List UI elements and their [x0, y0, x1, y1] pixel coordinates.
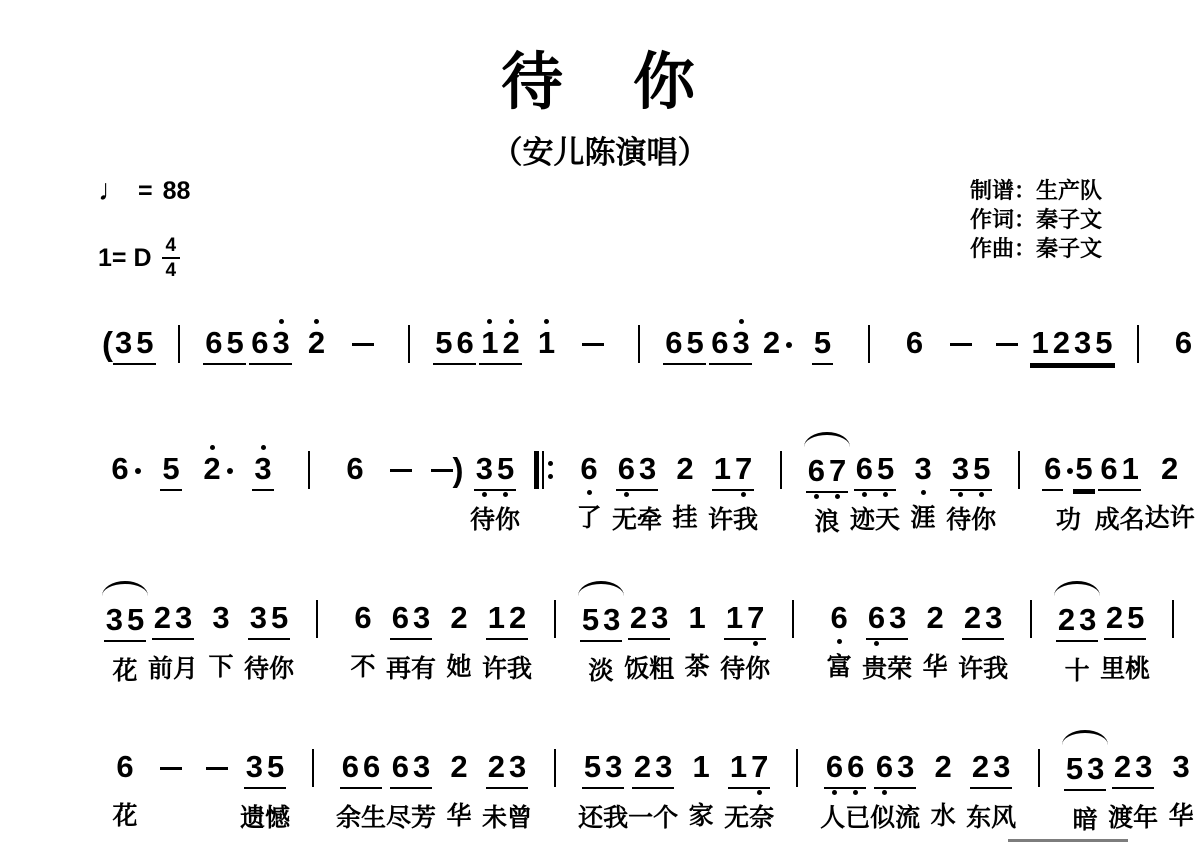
low-octave-dot: [903, 790, 908, 795]
note-column: 2: [1104, 593, 1125, 647]
low-octave-dot: [958, 492, 963, 497]
note-column: 2: [201, 444, 222, 496]
note-column: 2: [152, 593, 173, 647]
high-octave-dot: [661, 743, 666, 748]
low-octave-dot: [233, 366, 238, 371]
note: 2: [628, 593, 649, 647]
note-group: 1: [536, 318, 557, 370]
low-octave-dot: [979, 492, 984, 497]
low-octave-dot: [732, 641, 737, 646]
note-unit: 6: [1161, 306, 1200, 370]
note-digit: 2: [1159, 451, 1180, 489]
note-group: 3: [252, 444, 273, 498]
note-group: 63: [390, 593, 433, 647]
high-octave-dot: [482, 445, 487, 450]
note: 6: [904, 318, 925, 370]
note-column: 6: [845, 742, 866, 796]
lyric-syllable: 达许: [1145, 501, 1195, 535]
note-column: 5: [265, 742, 286, 796]
note-unit: [1008, 581, 1054, 677]
note-digit: 6: [340, 749, 361, 789]
note: 2: [501, 318, 522, 372]
key-label: 1= D: [98, 244, 152, 273]
dash-note: [431, 469, 453, 472]
note-digit: 1: [712, 451, 733, 491]
high-octave-dot: [921, 445, 926, 450]
high-octave-dot: [832, 743, 837, 748]
note-unit: 23一个: [628, 730, 678, 835]
note: 2: [933, 742, 954, 794]
note: 5: [1064, 744, 1085, 798]
note-group: [206, 742, 228, 770]
low-octave-dot: [169, 492, 174, 497]
note-group: 1: [690, 742, 711, 794]
note-digit: 3: [731, 325, 752, 365]
lyric-syllable: 待你: [244, 652, 294, 686]
high-octave-dot: [1181, 319, 1186, 324]
tempo-marking: ♩ = 88: [98, 176, 190, 206]
note: 2: [201, 444, 232, 496]
note-group: 2: [448, 742, 469, 794]
note-unit: 35花: [102, 581, 148, 688]
high-octave-dot: [1059, 319, 1064, 324]
high-octave-dot: [419, 743, 424, 748]
low-octave-dot: [999, 790, 1004, 795]
note-unit: 2达许: [1145, 432, 1195, 535]
high-octave-dot: [509, 319, 514, 324]
low-octave-dot: [487, 366, 492, 371]
high-octave-dot: [369, 743, 374, 748]
note: 5: [685, 318, 706, 372]
note-digit: 1: [724, 600, 745, 640]
low-octave-dot: [837, 639, 842, 644]
note-unit: 3涯: [900, 432, 946, 535]
note: 5: [160, 444, 181, 498]
low-octave-dot: [611, 790, 616, 795]
note-group: 5: [812, 318, 833, 372]
note: 6: [824, 742, 845, 796]
note-group: 65: [854, 444, 897, 498]
note: 7: [745, 593, 766, 647]
lyric-syllable: 一个: [628, 801, 678, 835]
low-octave-dot: [587, 490, 592, 495]
note-group: 2: [306, 318, 327, 370]
high-octave-dot: [361, 594, 366, 599]
time-denominator: 4: [166, 259, 177, 280]
note-column: 3: [173, 593, 194, 647]
note-column: 6: [709, 318, 730, 372]
note: 3: [895, 742, 916, 796]
low-octave-dot: [1072, 792, 1077, 797]
lyric-syllable: 下: [209, 650, 234, 684]
note-column: 6: [352, 593, 373, 645]
dash-note: [950, 343, 972, 346]
note-group: 65: [203, 318, 246, 372]
barline: [178, 325, 180, 363]
note-unit: 1: [524, 306, 570, 370]
barline: [792, 600, 794, 638]
note-group: 6: [904, 318, 925, 370]
note-group: 23: [486, 742, 529, 796]
note-column: 3: [210, 593, 231, 645]
note-digit: 2: [933, 749, 954, 787]
note: 3: [113, 318, 134, 372]
note-unit: 23渡年: [1108, 730, 1158, 835]
volta-bracket-partial: [1008, 839, 1128, 842]
note-column: 3: [887, 593, 908, 647]
low-octave-dot: [515, 641, 520, 646]
note-unit: 2华: [436, 730, 482, 833]
high-octave-dot: [683, 445, 688, 450]
high-octave-dot: [1101, 319, 1106, 324]
low-octave-dot: [279, 366, 284, 371]
note-column: 5: [875, 444, 896, 498]
low-octave-dot: [1101, 366, 1106, 371]
note-unit: 2: [754, 306, 800, 370]
note-column: 6: [114, 742, 135, 794]
note-digit: 1: [486, 600, 507, 640]
note: 3: [603, 742, 624, 796]
low-octave-dot: [210, 490, 215, 495]
note-digit: 3: [1077, 602, 1098, 642]
note-column: 6: [340, 742, 361, 796]
note: 3: [248, 593, 269, 647]
low-octave-dot: [862, 492, 867, 497]
note-unit: [532, 730, 578, 826]
high-octave-dot: [277, 594, 282, 599]
high-octave-dot: [494, 743, 499, 748]
note-column: 1: [1030, 318, 1051, 372]
high-octave-dot: [933, 594, 938, 599]
lyric-syllable: 渡年: [1108, 801, 1158, 835]
low-octave-dot: [720, 492, 725, 497]
barline: [780, 451, 782, 489]
note-digit: 2: [306, 325, 327, 363]
note-group: [638, 318, 640, 363]
note: 5: [812, 318, 833, 372]
lyric-syllable: 无牵: [612, 503, 662, 537]
lyric-syllable: 东风: [966, 801, 1016, 835]
note-unit: 2挂: [662, 432, 708, 535]
lyric-syllable: 待你: [946, 503, 996, 537]
note-group: 6: [828, 593, 849, 645]
high-octave-dot: [279, 319, 284, 324]
note: 2: [924, 593, 945, 645]
note-column: 6: [866, 593, 887, 647]
low-octave-dot: [753, 641, 758, 646]
note-column: 6: [361, 742, 382, 796]
low-octave-dot: [494, 641, 499, 646]
note: 3: [637, 444, 658, 498]
note: 1: [479, 318, 500, 372]
note: 3: [244, 742, 265, 796]
note-unit: [996, 432, 1042, 528]
note-column: 2: [761, 318, 782, 370]
note: 2: [1159, 444, 1180, 496]
note-digit: 1: [728, 749, 749, 789]
note-group: (35: [102, 318, 156, 372]
note-column: 3: [411, 593, 432, 647]
note: 6: [709, 318, 730, 372]
note-column: 5: [1125, 593, 1146, 647]
lyric-syllable: 成名: [1095, 503, 1145, 537]
note-digit: 6: [203, 325, 224, 365]
low-octave-dot: [874, 641, 879, 646]
note-unit: [156, 306, 202, 363]
repeat-dots: [548, 451, 553, 489]
note-column: 2: [448, 742, 469, 794]
note-column: 6: [390, 593, 411, 647]
note: 2: [507, 593, 528, 647]
note-column: 2: [674, 444, 695, 496]
note: 5: [875, 444, 896, 498]
note-column: 3: [1171, 742, 1192, 794]
note-digit: 5: [225, 325, 246, 365]
low-octave-dot: [503, 492, 508, 497]
note-group: 1235: [1030, 318, 1115, 372]
high-octave-dot: [590, 743, 595, 748]
dash-note: [996, 343, 1018, 346]
high-octave-dot: [999, 743, 1004, 748]
note-column: 5: [495, 444, 516, 498]
note: 3: [411, 593, 432, 647]
barline: [1030, 600, 1032, 638]
key-signature: 1= D 4 4: [98, 236, 190, 280]
note-column: 1: [712, 444, 733, 498]
note-unit: 35待你: [470, 432, 520, 537]
lyric-syllable: 浪: [815, 505, 840, 539]
note-column: 6: [109, 444, 130, 496]
note: 3: [474, 444, 495, 498]
lyric-syllable: 茶: [685, 650, 710, 684]
note: 3: [252, 444, 273, 498]
high-octave-dot: [398, 743, 403, 748]
note-group: 63: [874, 742, 917, 796]
note-group: [996, 318, 1018, 346]
credit-composer: 作曲：秦子文: [970, 234, 1102, 263]
note: 6: [854, 444, 875, 498]
note-unit: 65迹天: [850, 432, 900, 537]
high-octave-dot: [874, 594, 879, 599]
note-group: 23: [632, 742, 675, 796]
note-column: 3: [474, 444, 495, 498]
note: 6: [344, 444, 365, 496]
note-digit: 1: [1120, 451, 1141, 491]
note: 2: [448, 593, 469, 645]
note-digit: 3: [271, 325, 292, 365]
high-octave-dot: [1050, 445, 1055, 450]
low-octave-dot: [717, 366, 722, 371]
note-unit: [758, 432, 804, 528]
lyric-syllable: 无奈: [724, 801, 774, 835]
note-unit: 5: [148, 432, 194, 537]
low-octave-dot: [699, 788, 704, 793]
note-unit: 66余生: [336, 730, 386, 835]
note-column: 3: [912, 444, 933, 496]
note-column: 3: [411, 742, 432, 796]
tempo-bpm: 88: [163, 177, 191, 206]
note-group: 66: [824, 742, 867, 796]
note-unit: 6富: [816, 581, 862, 684]
note-unit: [290, 730, 336, 826]
note-unit: 23饭粗: [624, 581, 674, 686]
note-digit: 1: [1030, 325, 1051, 365]
note-column: 2: [306, 318, 327, 370]
lyric-syllable: 家: [689, 799, 714, 833]
high-octave-dot: [720, 445, 725, 450]
note-digit: 2: [1112, 749, 1133, 789]
note-group: 23: [962, 593, 1005, 647]
music-line-3: 35花23前月3下35待你6不63再有2她12许我53淡23饭粗1茶17待你6富…: [96, 581, 1104, 688]
note-column: 2: [924, 593, 945, 645]
note-unit: 6了: [566, 432, 612, 535]
note-column: 3: [991, 742, 1012, 796]
high-octave-dot: [769, 319, 774, 324]
parenthesis: ): [453, 450, 464, 490]
note-column: 1: [686, 593, 707, 645]
high-octave-dot: [1133, 594, 1138, 599]
high-octave-dot: [1106, 445, 1111, 450]
note-column: 6: [455, 318, 476, 372]
low-octave-dot: [671, 366, 676, 371]
note-column: 3: [601, 595, 622, 649]
note-group: 35: [248, 593, 291, 647]
note-group: 3: [912, 444, 933, 496]
low-octave-dot: [883, 492, 888, 497]
low-octave-dot: [398, 641, 403, 646]
note-digit: 3: [210, 600, 231, 638]
note-digit: 7: [745, 600, 766, 640]
low-octave-dot: [1141, 790, 1146, 795]
note-column: 3: [950, 444, 971, 498]
low-octave-dot: [609, 643, 614, 648]
note-unit: [1115, 306, 1161, 363]
note-digit: 5: [812, 325, 833, 365]
low-octave-dot: [256, 641, 261, 646]
high-octave-dot: [640, 743, 645, 748]
lyric-syllable: 她: [447, 650, 472, 684]
note-unit: 2: [294, 306, 340, 370]
meta-row: ♩ = 88 1= D 4 4 制谱：生产队 作词：秦子文 作曲：秦子文: [0, 176, 1200, 280]
note-column: 2: [1159, 444, 1180, 496]
lyric-syllable: 淡: [589, 654, 614, 688]
note-group: 35: [244, 742, 287, 796]
high-octave-dot: [121, 319, 126, 324]
note-digit: 3: [1085, 751, 1106, 791]
note-unit: 17许我: [708, 432, 758, 537]
high-octave-dot: [588, 596, 593, 601]
high-octave-dot: [991, 594, 996, 599]
augmentation-dot: [227, 468, 233, 474]
note: 1: [712, 444, 733, 498]
high-octave-dot: [978, 743, 983, 748]
note: 1: [486, 593, 507, 647]
note-group: [312, 742, 314, 787]
high-octave-dot: [837, 594, 842, 599]
note-group: 2: [924, 593, 945, 645]
note-digit: 6: [874, 749, 895, 789]
sheet-music-page: { "title": "待 你", "subtitle": "（安儿陈演唱）",…: [0, 0, 1200, 850]
lyric-syllable: 暗: [1073, 803, 1098, 837]
note-digit: 5: [1093, 325, 1114, 365]
high-octave-dot: [515, 743, 520, 748]
note-group: 35: [104, 595, 147, 649]
note-column: 7: [733, 444, 754, 498]
dash-note: [582, 343, 604, 346]
note: 2: [152, 593, 173, 647]
performer-subtitle: （安儿陈演唱）: [0, 127, 1200, 172]
note-group: 56: [433, 318, 476, 372]
low-octave-dot: [895, 641, 900, 646]
note: 6: [390, 593, 411, 647]
note-group: [554, 742, 556, 787]
note-group: 17: [728, 742, 771, 796]
note-column: 3: [1072, 318, 1093, 372]
note-unit: 25里桃: [1100, 581, 1150, 686]
note-digit: 6: [904, 325, 925, 363]
lyric-syllable: 前月: [148, 652, 198, 686]
low-octave-dot: [369, 790, 374, 795]
low-octave-dot: [1081, 492, 1086, 497]
low-octave-dot: [640, 790, 645, 795]
low-octave-dot: [544, 364, 549, 369]
high-octave-dot: [1179, 743, 1184, 748]
high-octave-dot: [611, 743, 616, 748]
low-octave-dot: [1093, 792, 1098, 797]
note-digit: 7: [749, 749, 770, 789]
note-digit: 1: [690, 749, 711, 787]
low-octave-dot: [741, 492, 746, 497]
note: 3: [983, 593, 1004, 647]
note-group: 63: [866, 593, 909, 647]
note-digit: 5: [134, 325, 155, 365]
note-unit: 53还我: [578, 730, 628, 835]
note-unit: 17无奈: [724, 730, 774, 835]
low-octave-dot: [1106, 492, 1111, 497]
note-unit: 2她: [436, 581, 482, 684]
note-group: [950, 318, 972, 346]
note-digit: 6: [709, 325, 730, 365]
low-octave-dot: [624, 492, 629, 497]
note-group: 53: [582, 742, 625, 796]
lyric-syllable: 余生: [336, 801, 386, 835]
note-digit: 3: [252, 451, 273, 491]
note-digit: 6: [361, 749, 382, 789]
note-column: 6: [874, 742, 895, 796]
credit-lyricist: 作词：秦子文: [970, 205, 1102, 234]
note-unit: 6花: [102, 730, 148, 833]
note-unit: [570, 306, 616, 346]
note: 5: [495, 444, 516, 498]
note-unit: (35: [102, 306, 156, 372]
lyric-syllable: 功: [1056, 503, 1081, 537]
lyric-syllable: 迹天: [850, 503, 900, 537]
note-digit: 3: [411, 600, 432, 640]
high-octave-dot: [970, 594, 975, 599]
note-group: [534, 444, 553, 489]
note: 5: [1093, 318, 1114, 372]
high-octave-dot: [1072, 745, 1077, 750]
note-unit: 3华: [1158, 730, 1200, 833]
low-octave-dot: [739, 366, 744, 371]
note-digit: 2: [761, 325, 782, 363]
lyric-syllable: 富: [827, 650, 852, 684]
note: 3: [507, 742, 528, 796]
note-column: 2: [970, 742, 991, 796]
note-column: 2: [628, 593, 649, 647]
note-column: 6: [344, 444, 365, 496]
high-octave-dot: [882, 743, 887, 748]
